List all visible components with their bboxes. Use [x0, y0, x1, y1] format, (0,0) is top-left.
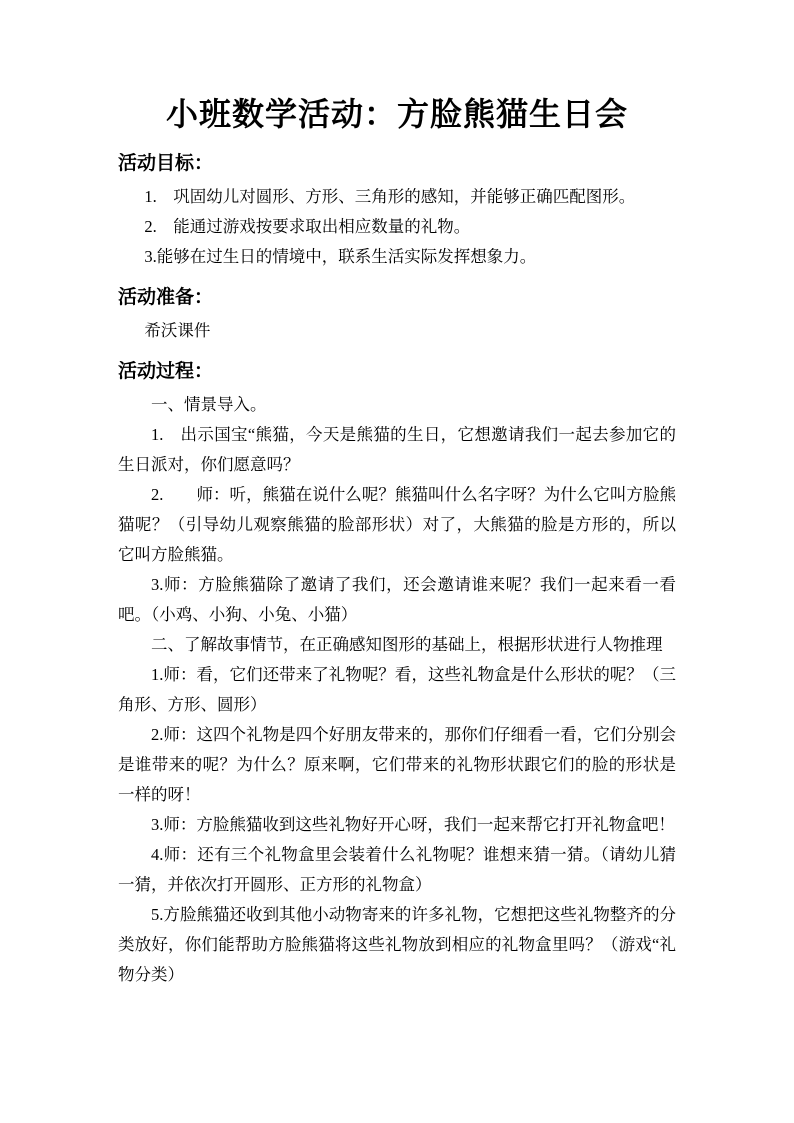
preparation-content: 希沃课件 [118, 316, 676, 346]
process-intro-item-2: 2. 师：听，熊猫在说什么呢？熊猫叫什么名字呀？为什么它叫方脸熊猫呢？（引导幼儿… [118, 480, 676, 570]
goal-item-1: 1. 巩固幼儿对圆形、方形、三角形的感知，并能够正确匹配图形。 [118, 182, 676, 212]
process-story-item-3: 3.师：方脸熊猫收到这些礼物好开心呀，我们一起来帮它打开礼物盒吧！ [118, 810, 676, 840]
process-intro-item-1: 1. 出示国宝“熊猫，今天是熊猫的生日，它想邀请我们一起去参加它的生日派对，你们… [118, 420, 676, 480]
section-process: 活动过程： 一、情景导入。 1. 出示国宝“熊猫，今天是熊猫的生日，它想邀请我们… [118, 354, 676, 990]
document-title: 小班数学活动：方脸熊猫生日会 [118, 92, 676, 136]
goals-heading: 活动目标： [118, 146, 676, 182]
process-heading: 活动过程： [118, 354, 676, 390]
process-story-item-1: 1.师：看，它们还带来了礼物呢？看，这些礼物盒是什么形状的呢？（三角形、方形、圆… [118, 660, 676, 720]
process-step-intro-heading: 一、情景导入。 [118, 390, 676, 420]
goal-item-3: 3.能够在过生日的情境中，联系生活实际发挥想象力。 [118, 242, 676, 272]
goal-item-2: 2. 能通过游戏按要求取出相应数量的礼物。 [118, 212, 676, 242]
document-page: 小班数学活动：方脸熊猫生日会 活动目标： 1. 巩固幼儿对圆形、方形、三角形的感… [0, 0, 794, 1123]
section-preparation: 活动准备： 希沃课件 [118, 280, 676, 346]
process-step-story-heading: 二、了解故事情节，在正确感知图形的基础上，根据形状进行人物推理 [118, 630, 676, 660]
process-story-item-5: 5.方脸熊猫还收到其他小动物寄来的许多礼物，它想把这些礼物整齐的分类放好，你们能… [118, 900, 676, 990]
preparation-heading: 活动准备： [118, 280, 676, 316]
process-story-item-4: 4.师：还有三个礼物盒里会装着什么礼物呢？谁想来猜一猜。（请幼儿猜一猜，并依次打… [118, 840, 676, 900]
process-intro-item-3: 3.师：方脸熊猫除了邀请了我们，还会邀请谁来呢？我们一起来看一看吧。（小鸡、小狗… [118, 570, 676, 630]
section-goals: 活动目标： 1. 巩固幼儿对圆形、方形、三角形的感知，并能够正确匹配图形。 2.… [118, 146, 676, 272]
process-story-item-2: 2.师：这四个礼物是四个好朋友带来的，那你们仔细看一看，它们分别会是谁带来的呢？… [118, 720, 676, 810]
